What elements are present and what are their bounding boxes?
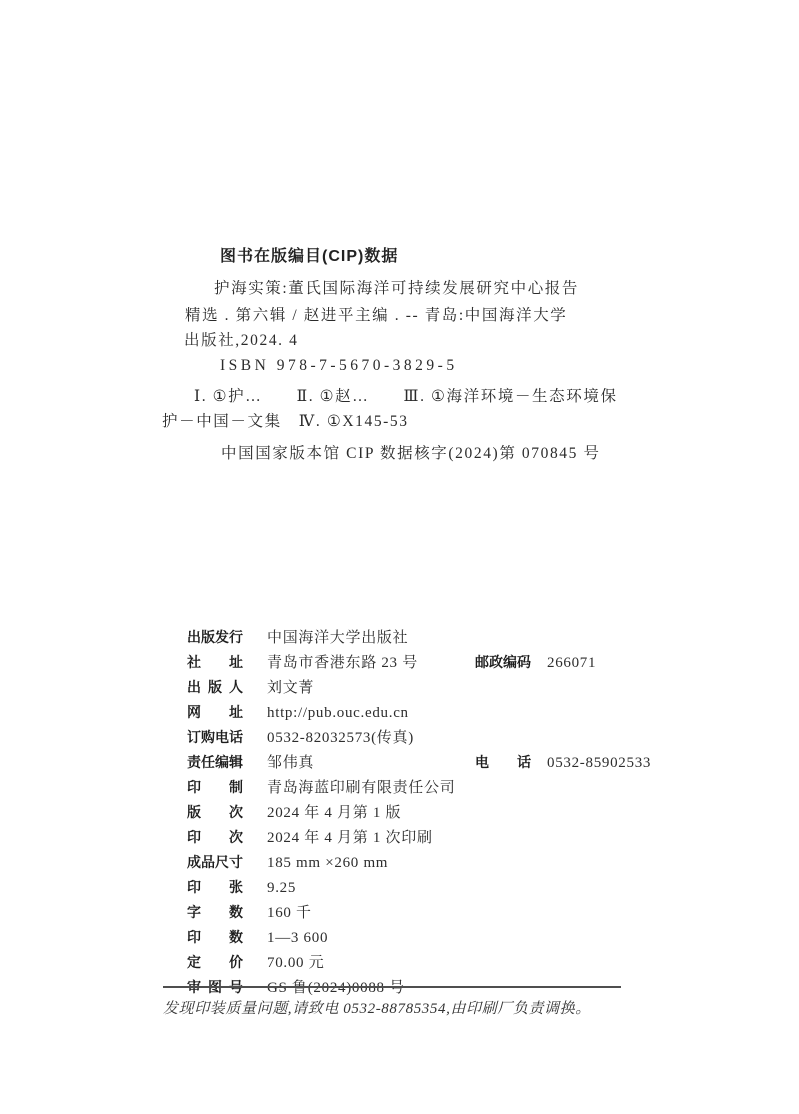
print-quality-note: 发现印装质量问题,请致电 0532-88785354,由印刷厂负责调换。 — [163, 998, 591, 1020]
colophon-block: 出版发行中国海洋大学出版社 社址青岛市香港东路 23 号 邮政编码266071 … — [163, 600, 723, 975]
colophon-row-publisher: 出版发行中国海洋大学出版社 — [163, 600, 723, 625]
divider-rule — [163, 986, 621, 988]
colophon-row-trim-size: 成品尺寸185 mm ×260 mm — [163, 825, 723, 850]
postcode-group: 邮政编码266071 — [443, 625, 596, 650]
colophon-row-price: 定价70.00 元 — [163, 925, 723, 950]
colophon-row-website: 网址http://pub.ouc.edu.cn — [163, 675, 723, 700]
cip-class-line-1: Ⅰ. ①护… Ⅱ. ①赵… Ⅲ. ①海洋环境－生态环境保 — [194, 387, 618, 407]
cip-class-line-2: 护－中国－文集 Ⅳ. ①X145-53 — [162, 412, 409, 432]
row-value: GS 鲁(2024)0088 号 — [267, 980, 405, 996]
colophon-row-edition: 版次2024 年 4 月第 1 版 — [163, 775, 723, 800]
colophon-row-word-count: 字数160 千 — [163, 875, 723, 900]
phone-group: 电话0532-85902533 — [443, 725, 651, 750]
colophon-row-editor: 责任编辑邹伟真 电话0532-85902533 — [163, 725, 723, 750]
colophon-row-map-approval: 审图号GS 鲁(2024)0088 号 — [163, 950, 723, 975]
copyright-page: 图书在版编目(CIP)数据 护海实策:董氏国际海洋可持续发展研究中心报告 精选 … — [0, 0, 799, 1114]
colophon-row-sheets: 印张9.25 — [163, 850, 723, 875]
colophon-row-order-phone: 订购电话0532-82032573(传真) — [163, 700, 723, 725]
cip-title-line-1: 护海实策:董氏国际海洋可持续发展研究中心报告 — [214, 279, 579, 299]
colophon-row-publisher-person: 出版人刘文菁 — [163, 650, 723, 675]
cip-record-number: 中国国家版本馆 CIP 数据核字(2024)第 070845 号 — [221, 444, 601, 464]
cip-title-line-3: 出版社,2024. 4 — [184, 331, 298, 351]
colophon-row-address: 社址青岛市香港东路 23 号 邮政编码266071 — [163, 625, 723, 650]
cip-title-line-2: 精选 . 第六辑 / 赵进平主编 . -- 青岛:中国海洋大学 — [185, 306, 567, 326]
cip-isbn: ISBN 978-7-5670-3829-5 — [220, 356, 458, 376]
colophon-row-printer: 印制青岛海蓝印刷有限责任公司 — [163, 750, 723, 775]
colophon-row-impression: 印次2024 年 4 月第 1 次印刷 — [163, 800, 723, 825]
cip-heading: 图书在版编目(CIP)数据 — [220, 243, 398, 266]
colophon-row-print-run: 印数1—3 600 — [163, 900, 723, 925]
